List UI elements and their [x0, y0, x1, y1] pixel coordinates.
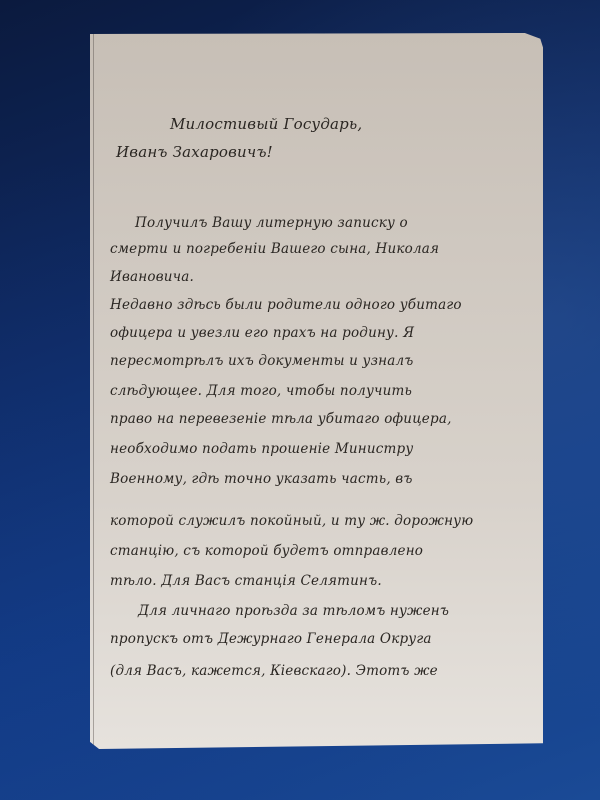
body-line-8: право на перевезеніе тѣла убитаго офицер… [110, 411, 452, 427]
letter-sheet: Милостивый Государь, Иванъ Захаровичъ! П… [90, 33, 543, 749]
body-line-1: Получилъ Вашу литерную записку о [135, 215, 408, 231]
body-line-5: офицера и увезли его прахъ на родину. Я [110, 325, 414, 341]
body-line-16: (для Васъ, кажется, Кіевскаго). Этотъ же [110, 663, 438, 679]
body-line-10: Военному, гдѣ точно указать часть, въ [110, 471, 413, 487]
body-line-11: которой служилъ покойный, и ту ж. дорожн… [110, 513, 473, 529]
body-line-12: станцію, съ которой будетъ отправлено [110, 543, 423, 559]
body-line-14: Для личнаго проѣзда за тѣломъ нуженъ [138, 603, 449, 619]
body-line-2: смерти и погребеніи Вашего сына, Николая [110, 241, 439, 257]
body-line-13: тѣло. Для Васъ станція Селятинъ. [110, 573, 382, 589]
body-line-7: слѣдующее. Для того, чтобы получить [110, 383, 412, 399]
body-line-6: пересмотрѣлъ ихъ документы и узналъ [110, 353, 414, 369]
salutation-line-1: Милостивый Государь, [170, 115, 362, 133]
body-line-3: Ивановича. [110, 269, 194, 285]
body-line-4: Недавно здѣсь были родители одного убита… [110, 297, 462, 313]
body-line-9: необходимо подать прошеніе Министру [110, 441, 413, 457]
salutation-line-2: Иванъ Захаровичъ! [116, 143, 273, 161]
body-line-15: пропускъ отъ Дежурнаго Генерала Округа [110, 631, 432, 647]
